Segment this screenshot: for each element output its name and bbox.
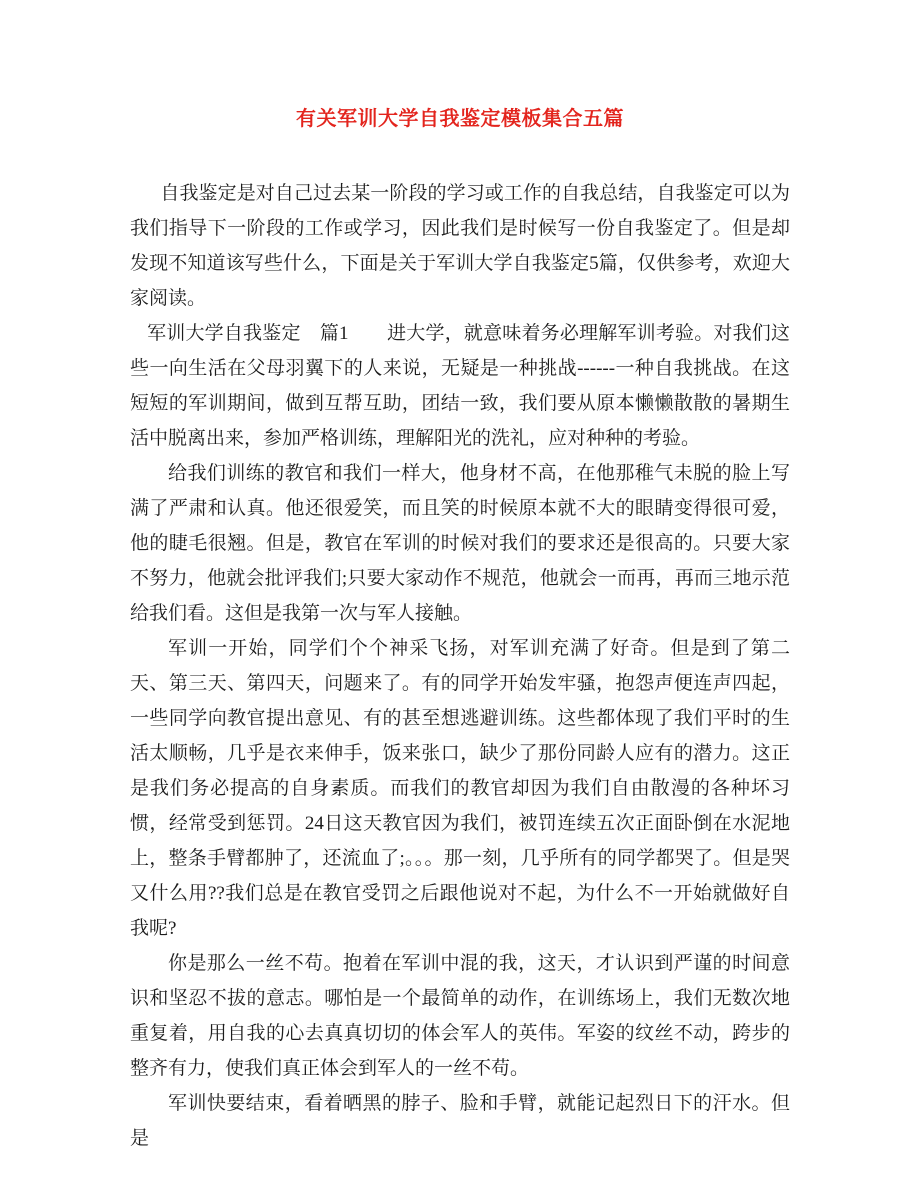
document-body: 有关军训大学自我鉴定模板集合五篇 自我鉴定是对自己过去某一阶段的学习或工作的自我… (130, 104, 790, 1156)
paragraph-section-1-opening: 军训大学自我鉴定 篇1 进大学，就意味着务必理解军训考验。对我们这些一向生活在父… (130, 316, 790, 456)
paragraph-training-ending: 军训快要结束，看着晒黑的脖子、脸和手臂，就能记起烈日下的汗水。但是 (130, 1086, 790, 1156)
document-page: 有关军训大学自我鉴定模板集合五篇 自我鉴定是对自己过去某一阶段的学习或工作的自我… (0, 0, 920, 1191)
paragraph-instructor-description: 给我们训练的教官和我们一样大，他身材不高，在他那稚气未脱的脸上写满了严肃和认真。… (130, 456, 790, 631)
document-title: 有关军训大学自我鉴定模板集合五篇 (130, 104, 790, 134)
paragraph-discipline-reflection: 你是那么一丝不苟。抱着在军训中混的我，这天，才认识到严谨的时间意识和坚忍不拔的意… (130, 946, 790, 1086)
paragraph-intro: 自我鉴定是对自己过去某一阶段的学习或工作的自我总结，自我鉴定可以为我们指导下一阶… (130, 176, 790, 316)
paragraph-training-days: 军训一开始，同学们个个神采飞扬，对军训充满了好奇。但是到了第二天、第三天、第四天… (130, 631, 790, 946)
